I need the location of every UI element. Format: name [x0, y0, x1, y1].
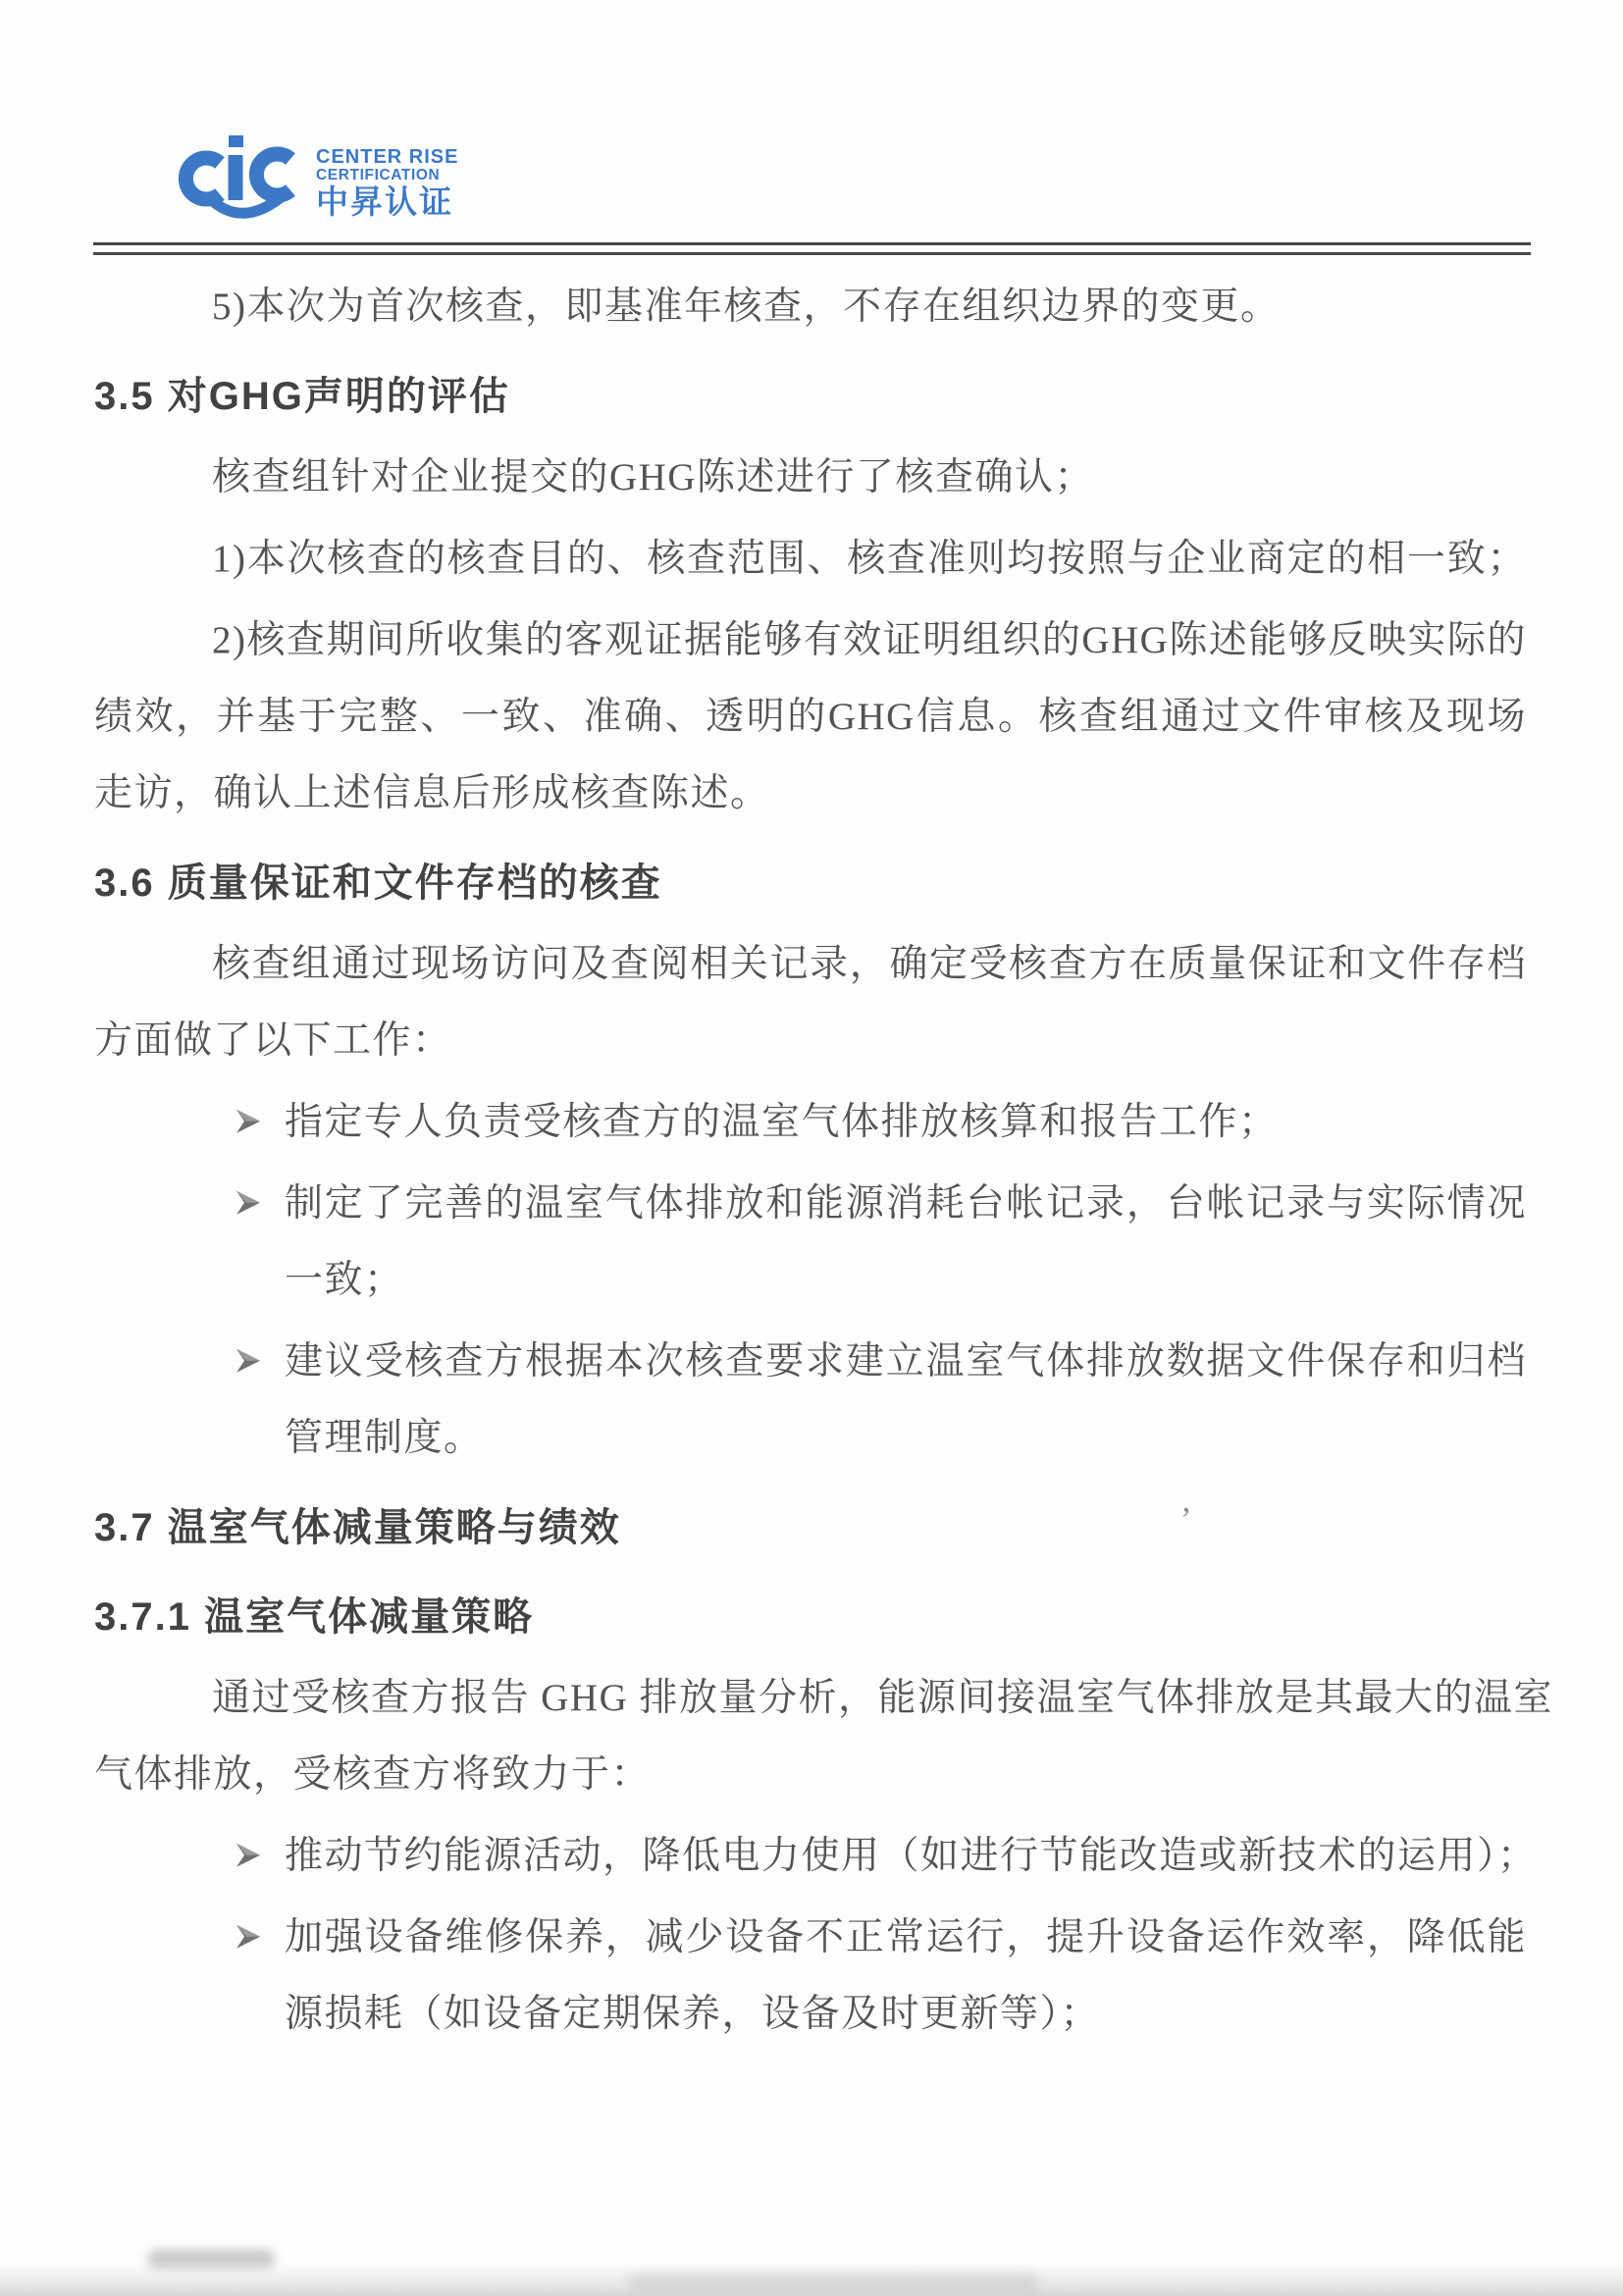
bullet-text: 建议受核查方根据本次核查要求建立温室气体排放数据文件保存和归档	[285, 1340, 1527, 1383]
section-heading-3-5: 3.5 对GHG声明的评估	[94, 358, 1527, 435]
paragraph-line: 绩效，并基于完整、一致、准确、透明的GHG信息。核查组通过文件审核及现场	[94, 679, 1527, 756]
bullet-arrow-icon	[234, 1188, 263, 1218]
paragraph-line: 核查组针对企业提交的GHG陈述进行了核查确认；	[94, 440, 1527, 516]
bullet-line: 加强设备维修保养，减少设备不正常运行，提升设备运作效率，降低能	[94, 1900, 1527, 1976]
bullet-line: 制定了完善的温室气体排放和能源消耗台帐记录，台帐记录与实际情况	[94, 1166, 1527, 1242]
paragraph-line: 走访，确认上述信息后形成核查陈述。	[94, 756, 1527, 832]
logo-name-cn: 中昇认证	[316, 183, 458, 221]
bullet-text: 制定了完善的温室气体排放和能源消耗台帐记录，台帐记录与实际情况	[285, 1182, 1527, 1225]
logo-text-block: CENTER RISE CERTIFICATION 中昇认证	[316, 133, 458, 221]
bullet-item: 推动节约能源活动，降低电力使用（如进行节能改造或新技术的运用）；	[94, 1818, 1527, 1895]
section-heading-3-6: 3.6 质量保证和文件存档的核查	[94, 845, 1527, 921]
paragraph-line: 1)本次核查的核查目的、核查范围、核查准则均按照与企业商定的相一致；	[94, 521, 1527, 598]
scan-artifact-speck: ’	[1180, 1501, 1191, 1539]
paragraph-line: 核查组通过现场访问及查阅相关记录，确定受核查方在质量保证和文件存档	[94, 926, 1527, 1003]
bullet-item: 制定了完善的温室气体排放和能源消耗台帐记录，台帐记录与实际情况 一致；	[94, 1166, 1527, 1319]
bullet-continuation: 源损耗（如设备定期保养，设备及时更新等）；	[94, 1976, 1527, 2053]
bullet-arrow-icon	[234, 1841, 263, 1870]
bullet-item: 指定专人负责受核查方的温室气体排放核算和报告工作；	[94, 1084, 1527, 1161]
paragraph: 1)本次核查的核查目的、核查范围、核查准则均按照与企业商定的相一致；	[94, 521, 1527, 598]
header-divider	[93, 242, 1531, 255]
bullet-line: 推动节约能源活动，降低电力使用（如进行节能改造或新技术的运用）；	[94, 1818, 1527, 1895]
bullet-line: 指定专人负责受核查方的温室气体排放核算和报告工作；	[94, 1084, 1527, 1161]
paragraph: 核查组针对企业提交的GHG陈述进行了核查确认；	[94, 440, 1527, 516]
paragraph: 5)本次为首次核查，即基准年核查，不存在组织边界的变更。	[94, 269, 1527, 345]
logo-subtitle-en: CERTIFICATION	[316, 167, 458, 183]
scan-artifact-smudge	[628, 2274, 1040, 2290]
bullet-arrow-icon	[234, 1922, 263, 1952]
bullet-text: 推动节约能源活动，降低电力使用（如进行节能改造或新技术的运用）；	[285, 1835, 1538, 1877]
bullet-continuation: 一致；	[94, 1242, 1527, 1319]
bullet-arrow-icon	[234, 1346, 263, 1376]
bullet-line: 建议受核查方根据本次核查要求建立温室气体排放数据文件保存和归档	[94, 1324, 1527, 1400]
bullet-continuation: 管理制度。	[94, 1400, 1527, 1477]
crc-logo-icon	[175, 133, 310, 224]
section-heading-3-7-1: 3.7.1 温室气体减量策略	[94, 1579, 1527, 1655]
logo-name-en: CENTER RISE	[316, 147, 458, 167]
paragraph-line: 5)本次为首次核查，即基准年核查，不存在组织边界的变更。	[94, 269, 1527, 345]
heading-text: 3.7.1 温室气体减量策略	[94, 1579, 1527, 1655]
document-body: 5)本次为首次核查，即基准年核查，不存在组织边界的变更。 3.5 对GHG声明的…	[94, 269, 1527, 2053]
paragraph-line: 2)核查期间所收集的客观证据能够有效证明组织的GHG陈述能够反映实际的	[94, 602, 1527, 679]
company-logo: CENTER RISE CERTIFICATION 中昇认证	[175, 133, 458, 224]
heading-text: 3.5 对GHG声明的评估	[94, 358, 1527, 435]
paragraph-line: 气体排放，受核查方将致力于：	[94, 1737, 1527, 1813]
paragraph-line: 通过受核查方报告 GHG 排放量分析，能源间接温室气体排放是其最大的温室	[94, 1660, 1527, 1737]
heading-text: 3.6 质量保证和文件存档的核查	[94, 845, 1527, 921]
paragraph: 2)核查期间所收集的客观证据能够有效证明组织的GHG陈述能够反映实际的 绩效，并…	[94, 602, 1527, 832]
bullet-arrow-icon	[234, 1107, 263, 1136]
bullet-text: 加强设备维修保养，减少设备不正常运行，提升设备运作效率，降低能	[285, 1916, 1527, 1958]
section-heading-3-7: 3.7 温室气体减量策略与绩效	[94, 1489, 1527, 1566]
bullet-text: 指定专人负责受核查方的温室气体排放核算和报告工作；	[285, 1101, 1279, 1143]
bullet-item: 建议受核查方根据本次核查要求建立温室气体排放数据文件保存和归档 管理制度。	[94, 1324, 1527, 1477]
paragraph: 通过受核查方报告 GHG 排放量分析，能源间接温室气体排放是其最大的温室 气体排…	[94, 1660, 1527, 1813]
bullet-item: 加强设备维修保养，减少设备不正常运行，提升设备运作效率，降低能 源损耗（如设备定…	[94, 1900, 1527, 2053]
scanned-document-page: CENTER RISE CERTIFICATION 中昇认证 5)本次为首次核查…	[0, 0, 1623, 2296]
heading-text: 3.7 温室气体减量策略与绩效	[94, 1489, 1527, 1566]
paragraph-line: 方面做了以下工作：	[94, 1003, 1527, 1079]
paragraph: 核查组通过现场访问及查阅相关记录，确定受核查方在质量保证和文件存档 方面做了以下…	[94, 926, 1527, 1079]
